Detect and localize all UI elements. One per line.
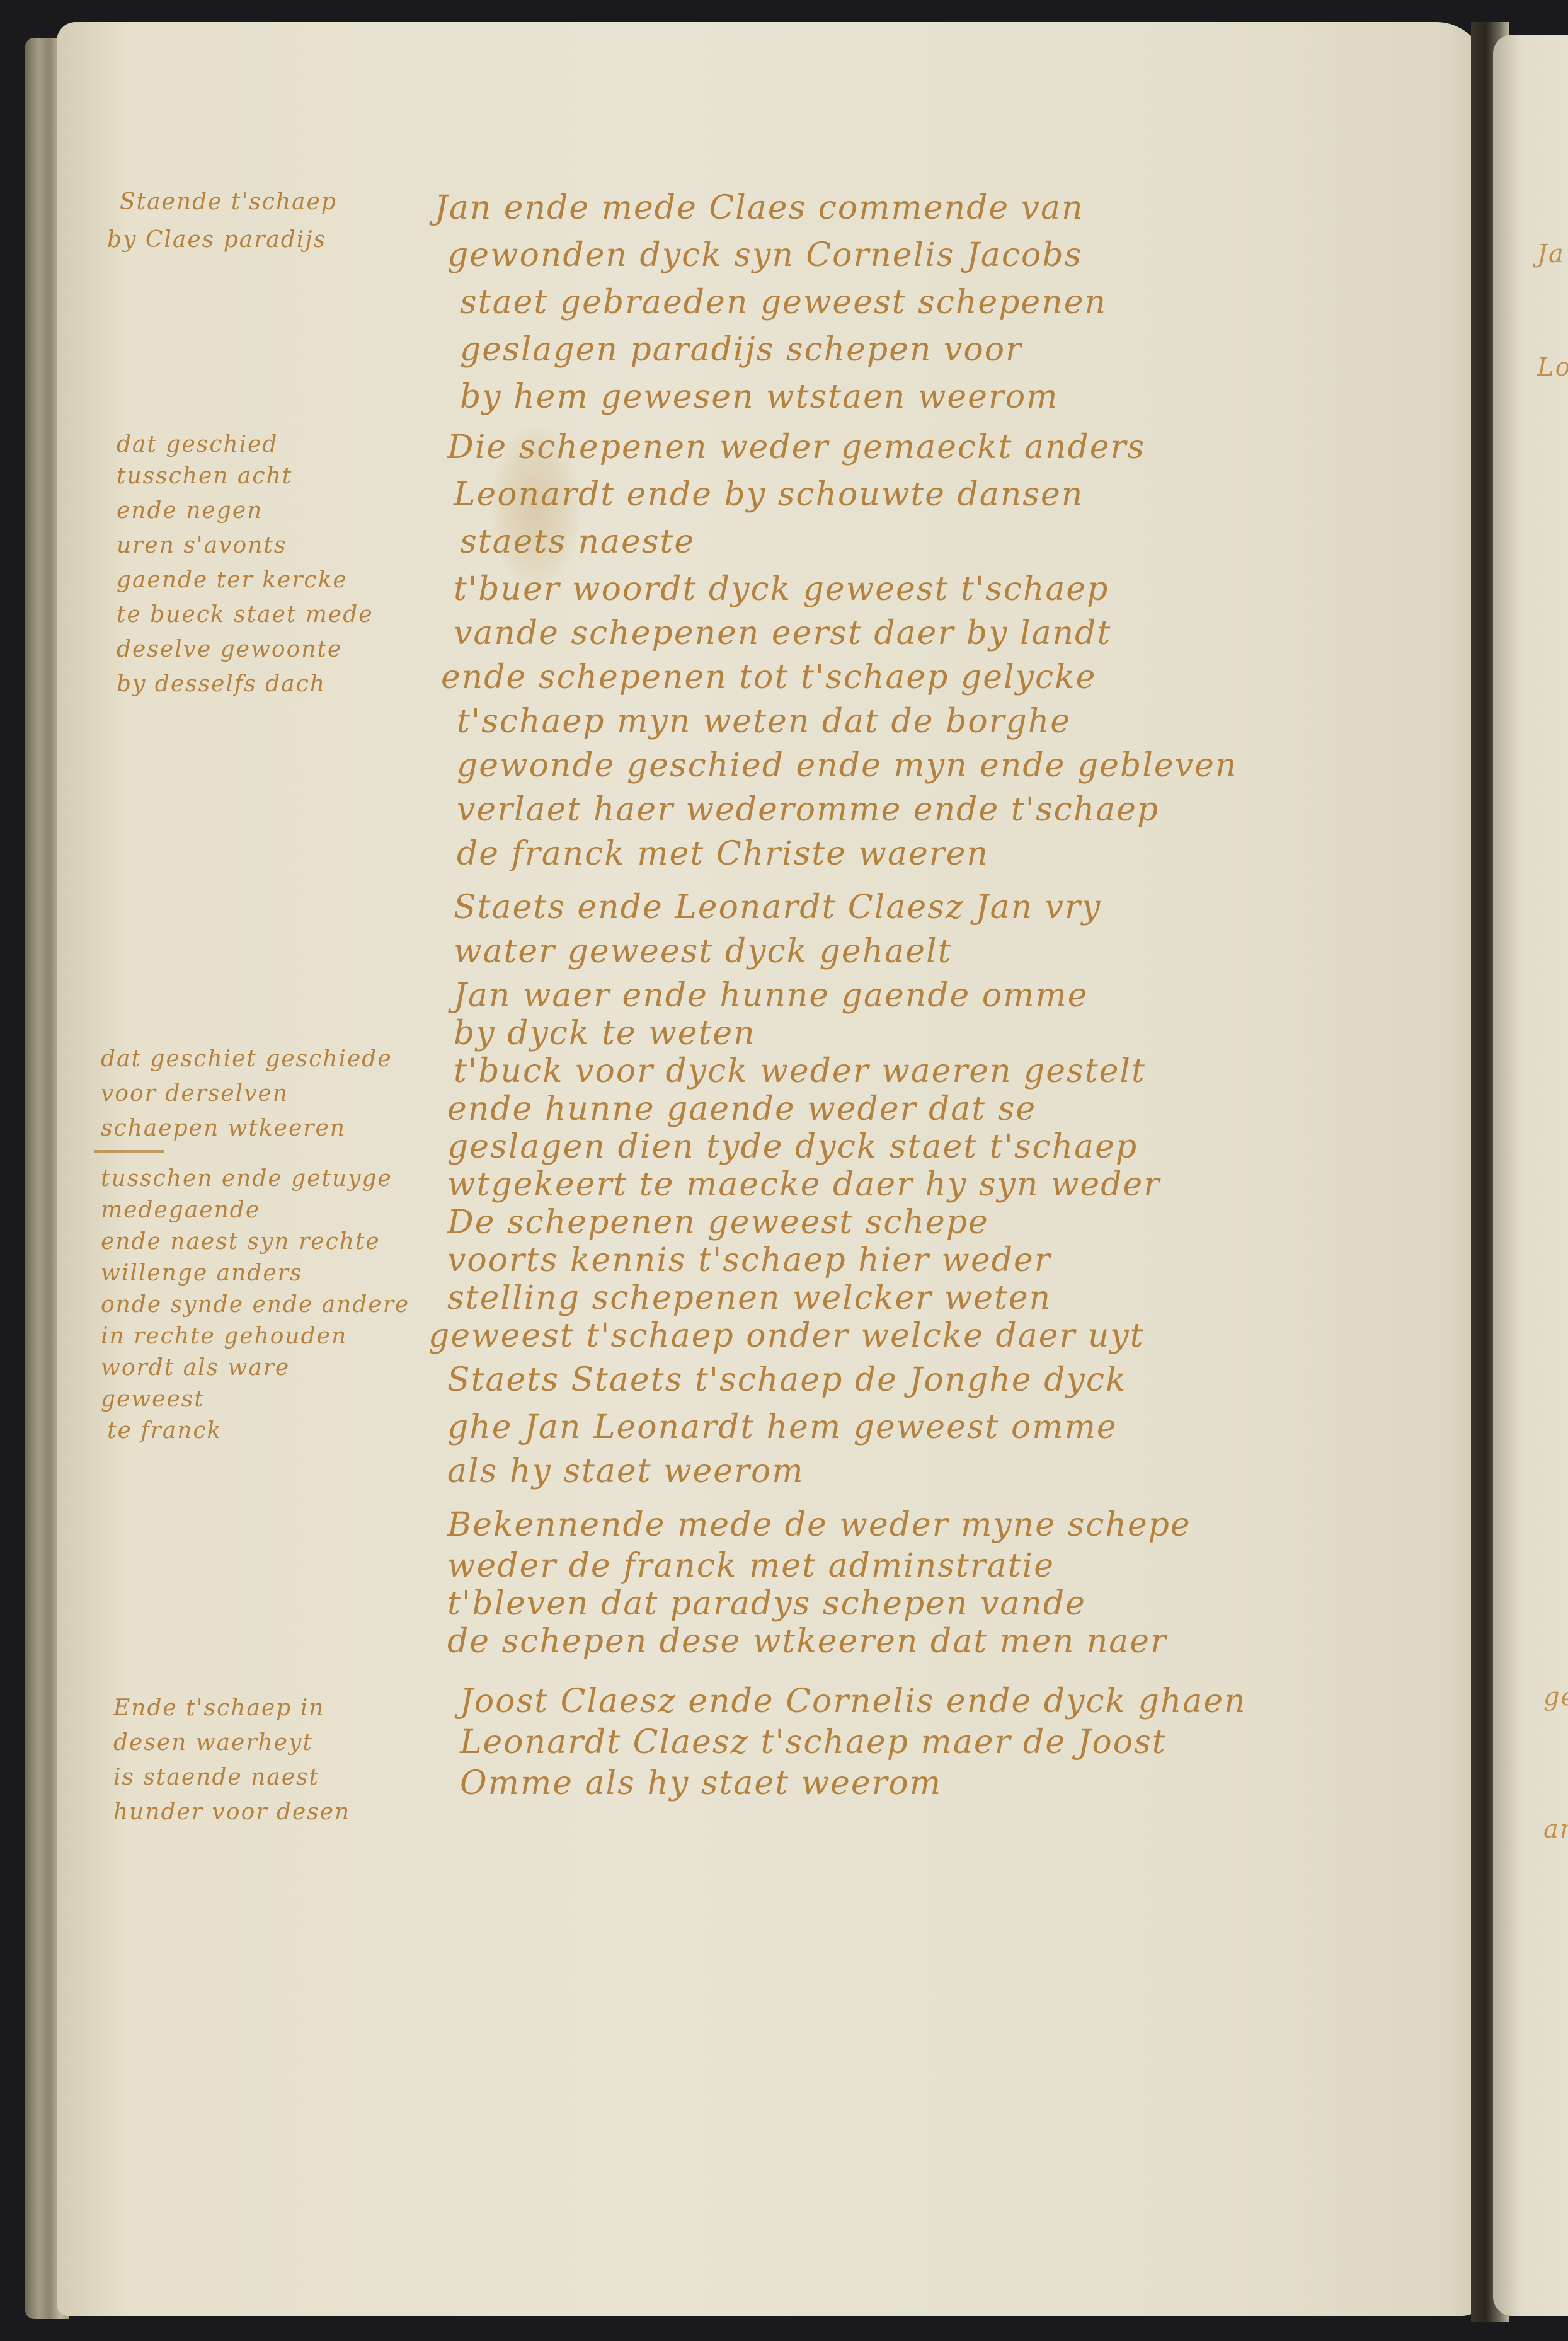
text-line: t'schaep myn weten dat de borghe: [457, 703, 1071, 740]
fragment: Ja: [1537, 239, 1565, 268]
margin-line: onde synde ende andere: [101, 1292, 409, 1318]
text-line: geweest t'schaep onder welcke daer uyt: [428, 1317, 1145, 1355]
margin-line: willenge anders: [101, 1260, 302, 1286]
text-line: t'buer woordt dyck geweest t'schaep: [454, 570, 1109, 608]
text-line: Die schepenen weder gemaeckt anders: [447, 429, 1145, 466]
text-line: de franck met Christe waeren: [457, 835, 989, 873]
text-line: ghe Jan Leonardt hem geweest omme: [447, 1408, 1118, 1446]
text-line: voorts kennis t'schaep hier weder: [447, 1241, 1051, 1279]
text-line: Bekennende mede de weder myne schepe: [447, 1506, 1191, 1544]
margin-line: te bueck staet mede: [117, 602, 374, 628]
text-line: de schepen dese wtkeeren dat men naer: [447, 1623, 1167, 1660]
text-line: verlaet haer wederomme ende t'schaep: [457, 791, 1159, 829]
text-line: by hem gewesen wtstaen weerom: [460, 378, 1058, 416]
margin-line: ende negen: [117, 498, 263, 524]
text-line: by dyck te weten: [454, 1015, 756, 1052]
margin-line: tusschen ende getuyge: [101, 1166, 392, 1192]
text-line: ende hunne gaende weder dat se: [447, 1090, 1036, 1128]
margin-line: voor derselven: [101, 1081, 289, 1107]
text-line: vande schepenen eerst daer by landt: [454, 614, 1111, 652]
text-line: Staets Staets t'schaep de Jonghe dyck: [447, 1361, 1127, 1399]
text-line: geslagen dien tyde dyck staet t'schaep: [447, 1128, 1138, 1166]
fragment: ge: [1543, 1682, 1568, 1711]
text-line: Leonardt Claesz t'schaep maer de Joost: [460, 1723, 1167, 1761]
text-line: Joost Claesz ende Cornelis ende dyck gha…: [460, 1682, 1247, 1720]
margin-line: uren s'avonts: [117, 532, 287, 558]
margin-line: desen waerheyt: [113, 1730, 313, 1756]
margin-line: gaende ter kercke: [117, 567, 348, 593]
text-line: staets naeste: [460, 523, 695, 561]
margin-line: tusschen acht: [117, 463, 292, 489]
text-line: t'bleven dat paradys schepen vande: [447, 1585, 1086, 1623]
margin-line: deselve gewoonte: [117, 636, 342, 662]
text-line: Jan ende mede Claes commende van: [435, 189, 1084, 227]
text-line: De schepenen geweest schepe: [447, 1204, 989, 1241]
margin-line: schaepen wtkeeren: [101, 1115, 346, 1141]
text-line: stelling schepenen welcker weten: [447, 1279, 1051, 1317]
text-line: gewonde geschied ende myn ende gebleven: [457, 747, 1237, 785]
text-line: wtgekeert te maecke daer hy syn weder: [447, 1166, 1160, 1204]
text-line: Omme als hy staet weerom: [460, 1764, 942, 1802]
margin-line: by Claes paradijs: [107, 227, 326, 253]
margin-line: dat geschiet geschiede: [101, 1046, 392, 1072]
fragment: Lo: [1537, 353, 1568, 382]
margin-line: dat geschied: [117, 432, 278, 457]
text-line: Leonardt ende by schouwte dansen: [454, 476, 1084, 514]
margin-line: te franck: [107, 1418, 222, 1444]
margin-line: Ende t'schaep in: [113, 1695, 324, 1721]
margin-line: in rechte gehouden: [101, 1323, 347, 1349]
text-line: Staets ende Leonardt Claesz Jan vry: [454, 889, 1101, 926]
margin-line: ende naest syn rechte: [101, 1229, 381, 1255]
text-line: t'buck voor dyck weder waeren gestelt: [454, 1052, 1146, 1090]
text-line: geslagen paradijs schepen voor: [460, 331, 1022, 369]
margin-line: is staende naest: [113, 1764, 319, 1790]
underline-stroke: [94, 1150, 164, 1153]
text-line: Jan waer ende hunne gaende omme: [454, 977, 1089, 1015]
margin-line: medegaende: [101, 1197, 260, 1223]
margin-line: Staende t'schaep: [120, 189, 337, 215]
margin-line: geweest: [101, 1386, 205, 1412]
margin-line: wordt als ware: [101, 1355, 290, 1381]
text-line: weder de franck met adminstratie: [447, 1547, 1055, 1585]
text-line: water geweest dyck gehaelt: [454, 933, 952, 970]
margin-line: by desselfs dach: [117, 671, 326, 697]
margin-line: hunder voor desen: [113, 1799, 350, 1825]
fragment: an: [1543, 1815, 1568, 1844]
text-line: als hy staet weerom: [447, 1452, 804, 1490]
text-line: ende schepenen tot t'schaep gelycke: [441, 659, 1096, 696]
text-line: gewonden dyck syn Cornelis Jacobs: [447, 236, 1082, 274]
text-line: staet gebraeden geweest schepenen: [460, 284, 1107, 321]
